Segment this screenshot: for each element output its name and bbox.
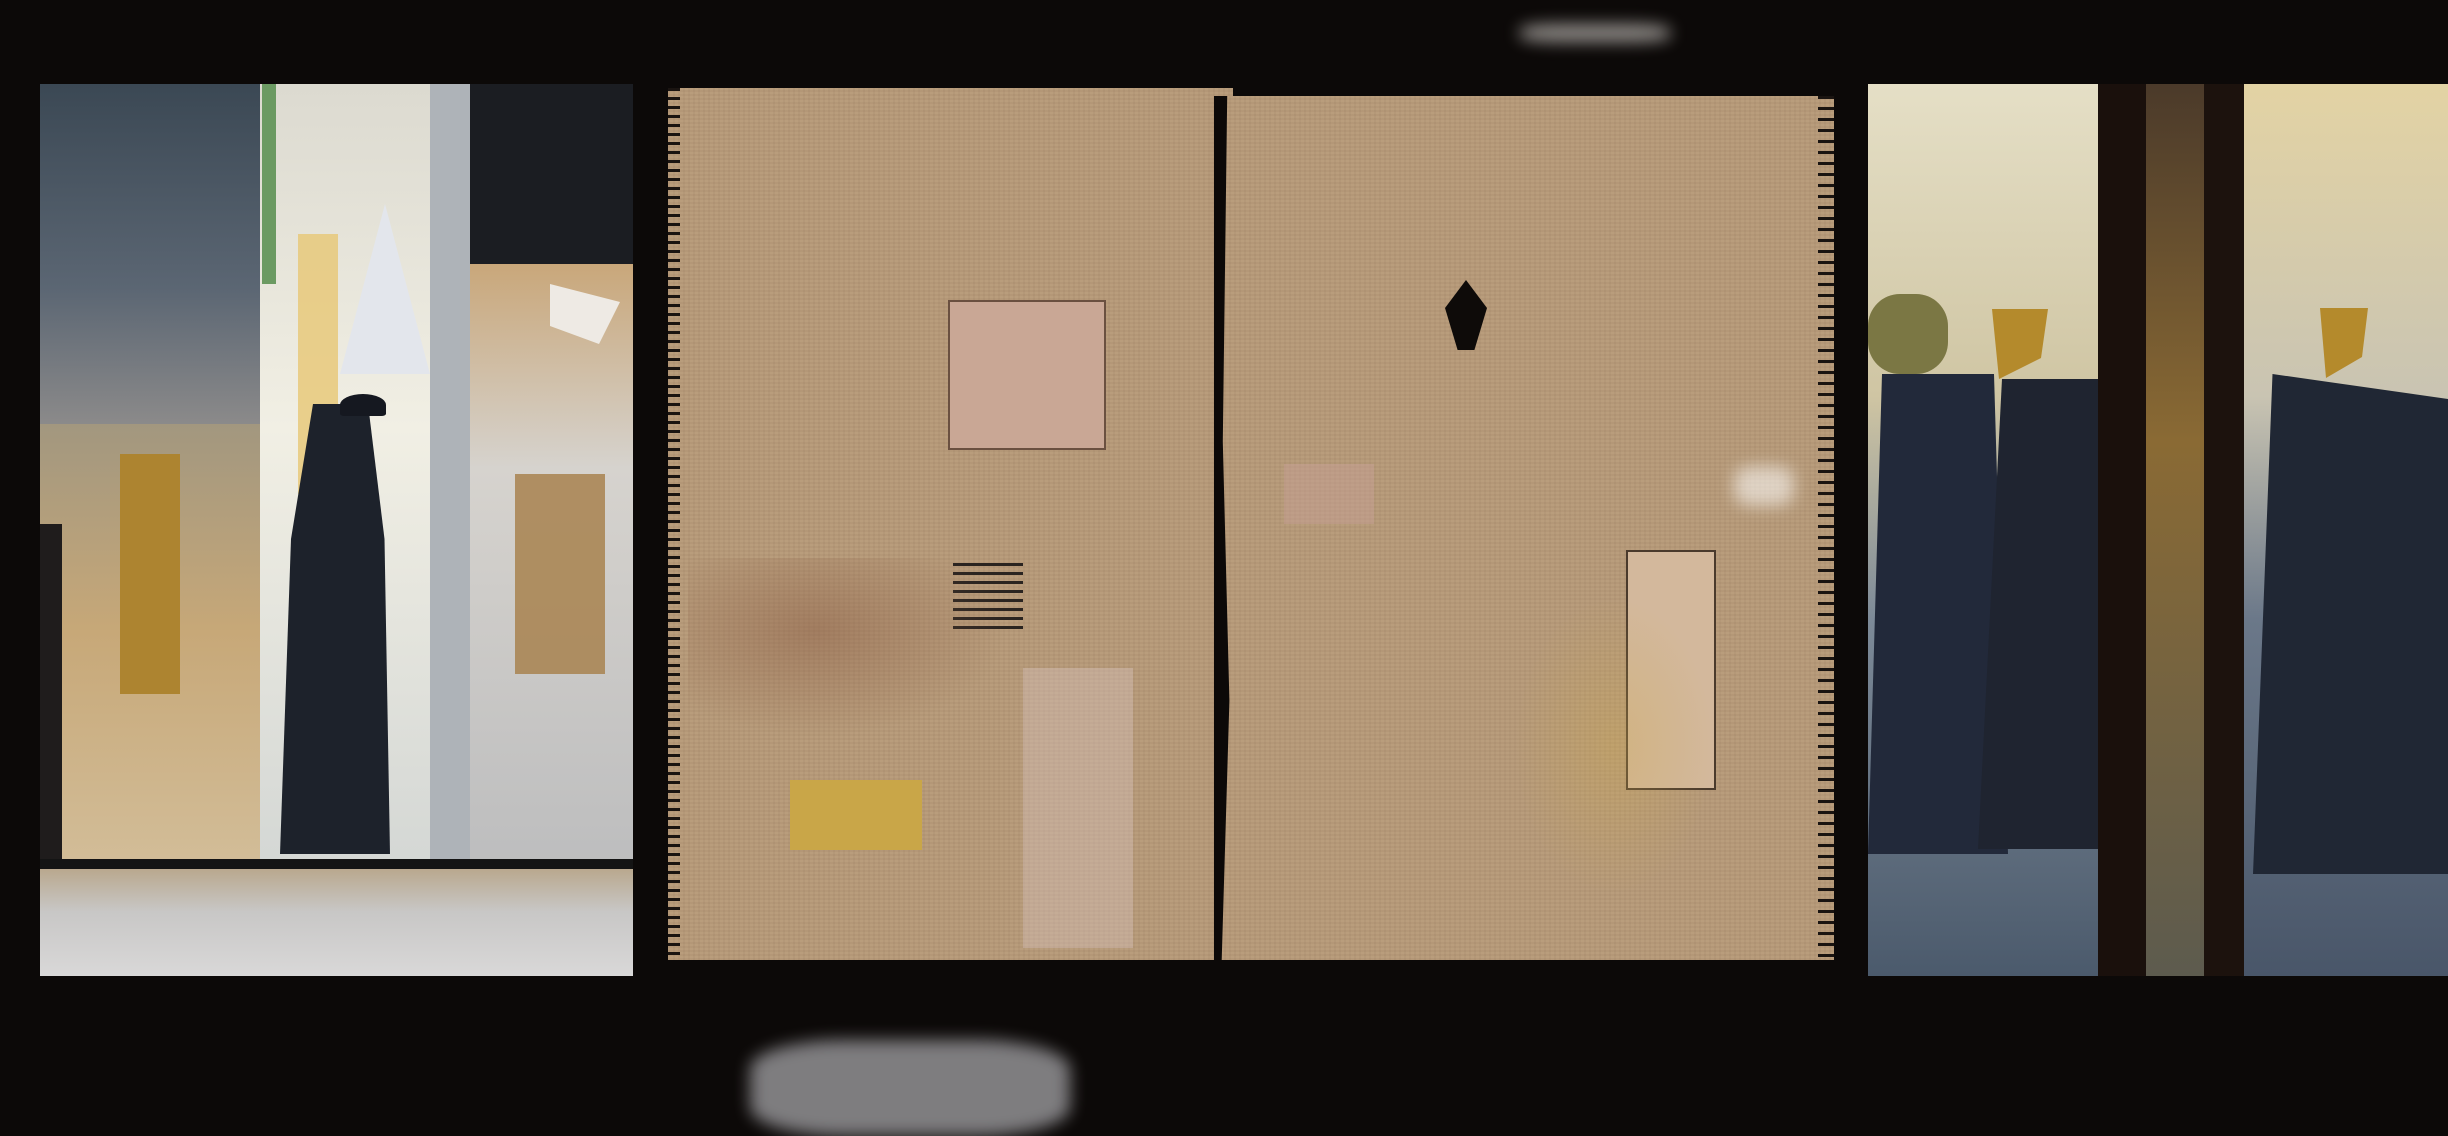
window-sill-dark [40,859,633,869]
doorway-interior [2146,84,2204,976]
green-foliage [262,84,276,284]
burlap-panel-right [1214,96,1834,960]
rust-stain [688,558,1008,738]
pink-square-patch [948,300,1106,450]
light-glare [1734,466,1794,506]
window-frame-post-2 [2204,84,2244,976]
frayed-edge-right [1818,96,1834,960]
right-painting [1868,84,2448,976]
olive-head [1868,294,1948,374]
tear-gap [1214,96,1236,960]
frayed-edge [668,88,680,960]
faint-pink-patch [1284,464,1374,524]
figure-hat [340,394,386,416]
yellow-rectangle-patch [790,780,922,850]
brown-coat-reflection [515,474,605,674]
dark-awning [470,84,633,264]
burlap-panel-left [668,88,1233,960]
pale-vertical-wash [1023,668,1133,948]
dark-arcade-ceiling [40,84,260,424]
sidewalk [40,869,633,976]
grey-pillar [430,84,470,944]
ochre-figure [120,454,180,694]
burn-hole [1445,280,1487,350]
top-glare [1520,24,1670,42]
yellow-stain [1514,596,1714,896]
dark-figure-group [2253,374,2448,874]
dark-figure-edge [40,524,62,904]
left-painting [40,84,633,976]
bottom-glare [750,1040,1070,1136]
window-frame-post [2098,84,2146,976]
